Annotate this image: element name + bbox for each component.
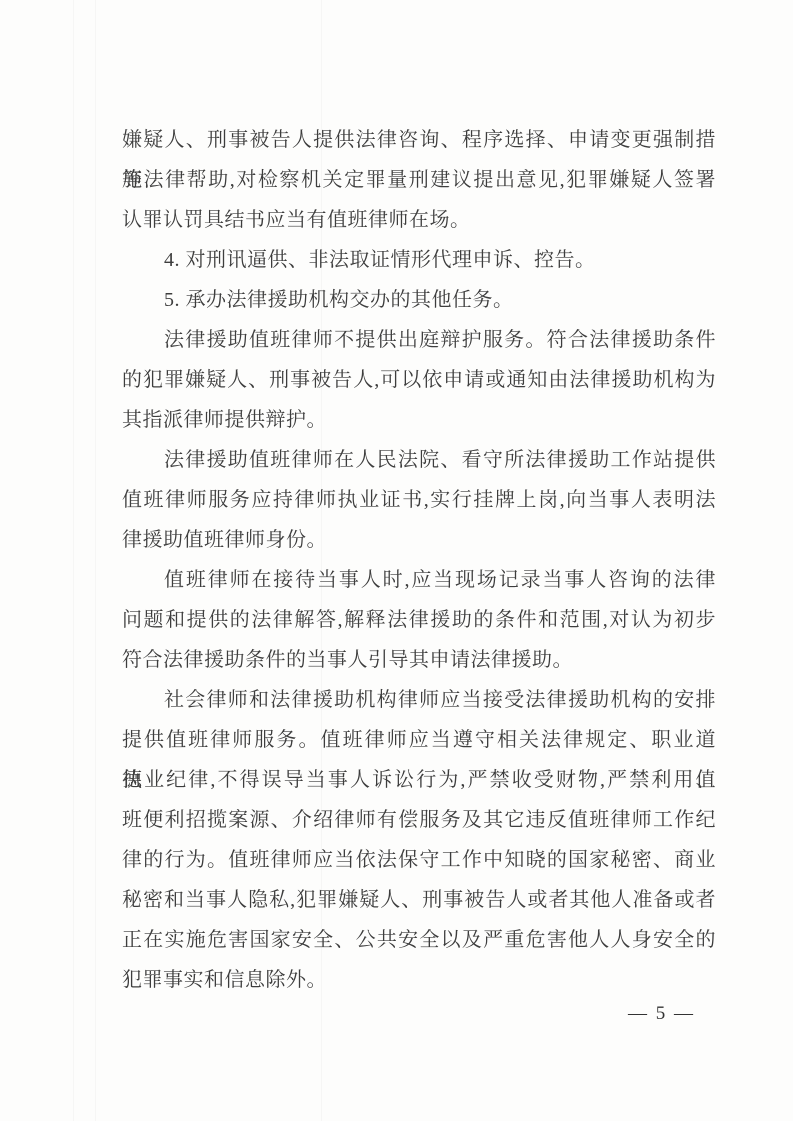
text-line: 班便利招揽案源、介绍律师有偿服务及其它违反值班律师工作纪 <box>122 800 716 840</box>
text-line: 正在实施危害国家安全、公共安全以及严重危害他人人身安全的 <box>122 920 716 960</box>
document-page: 嫌疑人、刑事被告人提供法律咨询、程序选择、申请变更强制措施 等法律帮助,对检察机… <box>0 0 793 1121</box>
text-line: 法律援助值班律师不提供出庭辩护服务。符合法律援助条件 <box>122 320 716 360</box>
text-line: 执业纪律,不得误导当事人诉讼行为,严禁收受财物,严禁利用值 <box>122 760 716 800</box>
text-line-list-item-4: 4. 对刑讯逼供、非法取证情形代理申诉、控告。 <box>122 240 716 280</box>
scan-artifact-line <box>73 0 74 1121</box>
text-line: 法律援助值班律师在人民法院、看守所法律援助工作站提供 <box>122 440 716 480</box>
text-line: 嫌疑人、刑事被告人提供法律咨询、程序选择、申请变更强制措施 <box>122 120 716 160</box>
text-line: 认罪认罚具结书应当有值班律师在场。 <box>122 200 716 240</box>
scan-artifact-line <box>95 0 96 1121</box>
page-number: — 5 — <box>628 1000 718 1028</box>
text-line: 秘密和当事人隐私,犯罪嫌疑人、刑事被告人或者其他人准备或者 <box>122 880 716 920</box>
text-line: 社会律师和法律援助机构律师应当接受法律援助机构的安排 <box>122 680 716 720</box>
text-line: 问题和提供的法律解答,解释法律援助的条件和范围,对认为初步 <box>122 600 716 640</box>
text-line: 符合法律援助条件的当事人引导其申请法律援助。 <box>122 640 716 680</box>
text-line: 犯罪事实和信息除外。 <box>122 960 716 1000</box>
text-line: 律的行为。值班律师应当依法保守工作中知晓的国家秘密、商业 <box>122 840 716 880</box>
text-line: 值班律师服务应持律师执业证书,实行挂牌上岗,向当事人表明法 <box>122 480 716 520</box>
text-line-list-item-5: 5. 承办法律援助机构交办的其他任务。 <box>122 280 716 320</box>
text-line: 其指派律师提供辩护。 <box>122 400 716 440</box>
text-line: 等法律帮助,对检察机关定罪量刑建议提出意见,犯罪嫌疑人签署 <box>122 160 716 200</box>
text-line: 律援助值班律师身份。 <box>122 520 716 560</box>
text-line: 提供值班律师服务。值班律师应当遵守相关法律规定、职业道德、 <box>122 720 716 760</box>
text-line: 值班律师在接待当事人时,应当现场记录当事人咨询的法律 <box>122 560 716 600</box>
text-line: 的犯罪嫌疑人、刑事被告人,可以依申请或通知由法律援助机构为 <box>122 360 716 400</box>
document-body: 嫌疑人、刑事被告人提供法律咨询、程序选择、申请变更强制措施 等法律帮助,对检察机… <box>122 120 716 1000</box>
